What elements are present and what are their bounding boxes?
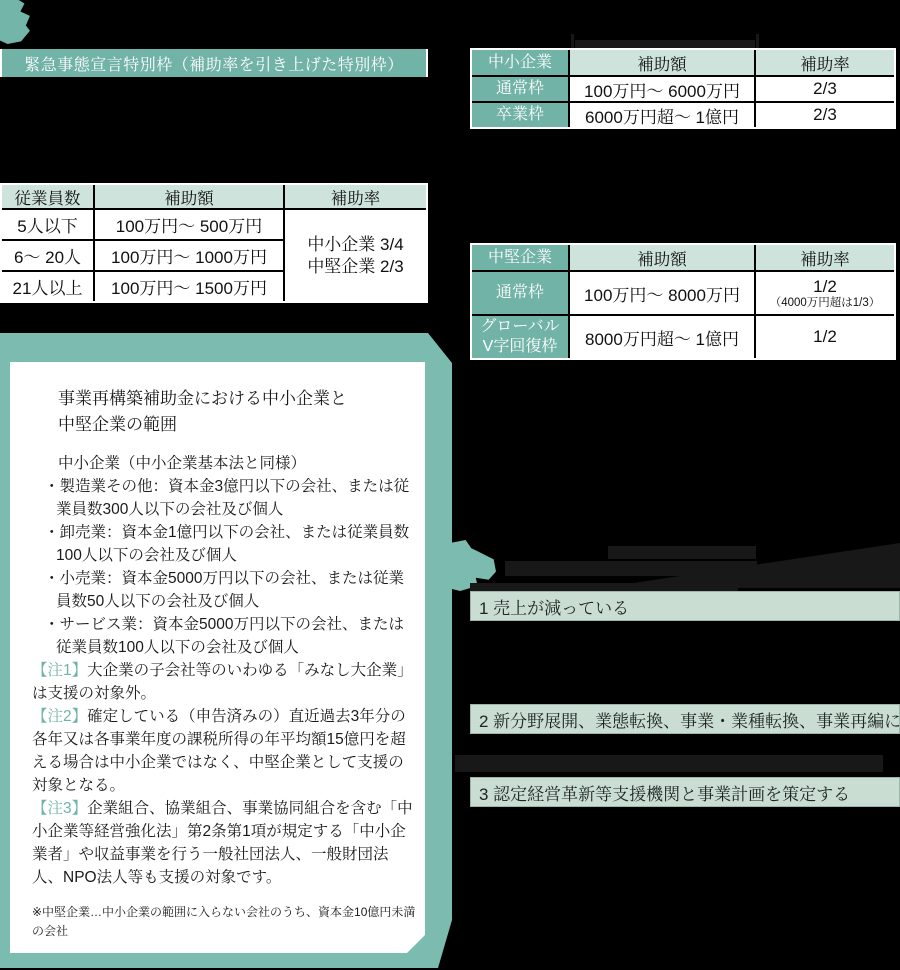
hidden-text-artifact bbox=[455, 755, 883, 772]
note-bullet: ・小売業：資本金5000万円以下の会社、または従業員数50人以下の会社及び個人 bbox=[32, 567, 417, 613]
note-box-body: 中小企業（中小企業基本法と同様） ・製造業その他：資本金3億円以下の会社、または… bbox=[32, 452, 417, 889]
special-frame-banner: 緊急事態宣言特別枠（補助率を引き上げた特別枠） bbox=[0, 49, 428, 77]
note-bullet: ・製造業その他：資本金3億円以下の会社、または従業員数300人以下の会社及び個人 bbox=[32, 475, 417, 521]
rate-note: （4000万円超は1/3） bbox=[770, 297, 881, 310]
table-row-label: グローバル V字回復枠 bbox=[472, 316, 568, 358]
note-intro: 中小企業（中小企業基本法と同様） bbox=[58, 452, 417, 475]
special-frame-banner-label: 緊急事態宣言特別枠（補助率を引き上げた特別枠） bbox=[24, 52, 404, 75]
table-cell-amount: 100万円〜 8000万円 bbox=[570, 272, 754, 314]
note-item-text: 確定している（申告済みの）直近過去3年分の各年又は各事業年度の課税所得の年平均額… bbox=[32, 708, 406, 794]
emp-col-size-header: 従業員数 bbox=[2, 185, 93, 208]
hidden-text-artifact bbox=[571, 34, 574, 49]
note-title-line: 事業再構築補助金における中小企業と bbox=[58, 386, 417, 412]
table-cell-rate: 1/2 bbox=[756, 316, 894, 358]
table-row-label: 卒業枠 bbox=[472, 103, 568, 127]
requirement-bar-3: 3 認定経営革新等支援機関と事業計画を策定する bbox=[470, 777, 900, 807]
hidden-text-artifact bbox=[756, 34, 759, 49]
table-cell-amount: 100万円〜 1000万円 bbox=[95, 241, 283, 270]
mid-table-corner: 中堅企業 bbox=[472, 245, 568, 270]
table-cell-amount: 6000万円超〜 1億円 bbox=[570, 103, 754, 127]
sme-col-amount-header: 補助額 bbox=[570, 50, 754, 75]
note-title-line: 中堅企業の範囲 bbox=[58, 412, 417, 438]
table-row-label: 通常枠 bbox=[472, 77, 568, 101]
employee-count-table: 従業員数 補助額 補助率 5人以下 100万円〜 500万円 中小企業 3/4 … bbox=[0, 183, 428, 303]
table-cell-rate: 1/2 （4000万円超は1/3） bbox=[756, 272, 894, 314]
mid-col-rate-header: 補助率 bbox=[756, 245, 894, 270]
table-cell-rate-merged: 中小企業 3/4 中堅企業 2/3 bbox=[285, 210, 426, 301]
requirement-bar-2: 2 新分野展開、業態転換、事業・業種転換、事業再編に取り組む bbox=[470, 704, 900, 734]
requirement-label: 2 新分野展開、業態転換、事業・業種転換、事業再編に取り組む bbox=[479, 707, 900, 732]
note-box-title: 事業再構築補助金における中小企業と 中堅企業の範囲 bbox=[58, 386, 417, 438]
emp-col-rate-header: 補助率 bbox=[285, 185, 426, 208]
note-item-text: 大企業の子会社等のいわゆる「みなし大企業」は支援の対象外。 bbox=[32, 662, 413, 702]
table-cell-rate: 2/3 bbox=[756, 77, 894, 101]
requirement-bar-1: 1 売上が減っている bbox=[470, 591, 900, 621]
table-cell-amount: 100万円〜 6000万円 bbox=[570, 77, 754, 101]
rate-line: 中小企業 3/4 bbox=[307, 234, 403, 255]
hidden-text-artifact bbox=[575, 40, 755, 48]
requirement-label: 1 売上が減っている bbox=[479, 594, 629, 619]
row-label-line: グローバル bbox=[480, 317, 559, 337]
emp-col-amount-header: 補助額 bbox=[95, 185, 283, 208]
table-cell-amount: 8000万円超〜 1億円 bbox=[570, 316, 754, 358]
teal-corner-blob bbox=[0, 0, 34, 44]
note-item: 【注2】確定している（申告済みの）直近過去3年分の各年又は各事業年度の課税所得の… bbox=[32, 705, 417, 797]
requirement-label: 3 認定経営革新等支援機関と事業計画を策定する bbox=[479, 780, 850, 805]
row-label-line: V字回復枠 bbox=[483, 337, 558, 357]
table-cell-size: 6〜 20人 bbox=[2, 241, 93, 270]
sme-subsidy-table: 中小企業 補助額 補助率 通常枠 100万円〜 6000万円 2/3 卒業枠 6… bbox=[470, 48, 896, 129]
note-item: 【注3】企業組合、協業組合、事業協同組合を含む「中小企業等経営強化法」第2条第1… bbox=[32, 797, 417, 889]
rate-value: 1/2 bbox=[813, 276, 837, 297]
mid-col-amount-header: 補助額 bbox=[570, 245, 754, 270]
midtier-subsidy-table: 中堅企業 補助額 補助率 通常枠 100万円〜 8000万円 1/2 （4000… bbox=[470, 243, 896, 360]
note-box: 事業再構築補助金における中小企業と 中堅企業の範囲 中小企業（中小企業基本法と同… bbox=[10, 362, 425, 953]
note-footnote: ※中堅企業…中小企業の範囲に入らない会社のうち、資本金10億円未満の会社 bbox=[32, 903, 417, 941]
note-item: 【注1】大企業の子会社等のいわゆる「みなし大企業」は支援の対象外。 bbox=[32, 659, 417, 705]
table-cell-size: 21人以上 bbox=[2, 272, 93, 301]
rate-line: 中堅企業 2/3 bbox=[307, 256, 403, 277]
note-bullet: ・サービス業：資本金5000万円以下の会社、または従業員数100人以下の会社及び… bbox=[32, 613, 417, 659]
note-item-label: 【注1】 bbox=[32, 662, 87, 679]
table-row-label: 通常枠 bbox=[472, 272, 568, 314]
note-item-label: 【注2】 bbox=[32, 708, 87, 725]
table-cell-amount: 100万円〜 500万円 bbox=[95, 210, 283, 239]
table-cell-rate: 2/3 bbox=[756, 103, 894, 127]
note-item-label: 【注3】 bbox=[32, 800, 87, 817]
hidden-text-artifact bbox=[608, 546, 756, 559]
note-item-text: 企業組合、協業組合、事業協同組合を含む「中小企業等経営強化法」第2条第1項が規定… bbox=[32, 800, 413, 886]
note-bullet: ・卸売業：資本金1億円以下の会社、または従業員数100人以下の会社及び個人 bbox=[32, 521, 417, 567]
table-cell-amount: 100万円〜 1500万円 bbox=[95, 272, 283, 301]
sme-col-rate-header: 補助率 bbox=[756, 50, 894, 75]
table-cell-size: 5人以下 bbox=[2, 210, 93, 239]
sme-table-corner: 中小企業 bbox=[472, 50, 568, 75]
flyer-page: 緊急事態宣言特別枠（補助率を引き上げた特別枠） 中小企業 補助額 補助率 通常枠… bbox=[0, 0, 900, 970]
hidden-text-artifact bbox=[470, 583, 738, 591]
